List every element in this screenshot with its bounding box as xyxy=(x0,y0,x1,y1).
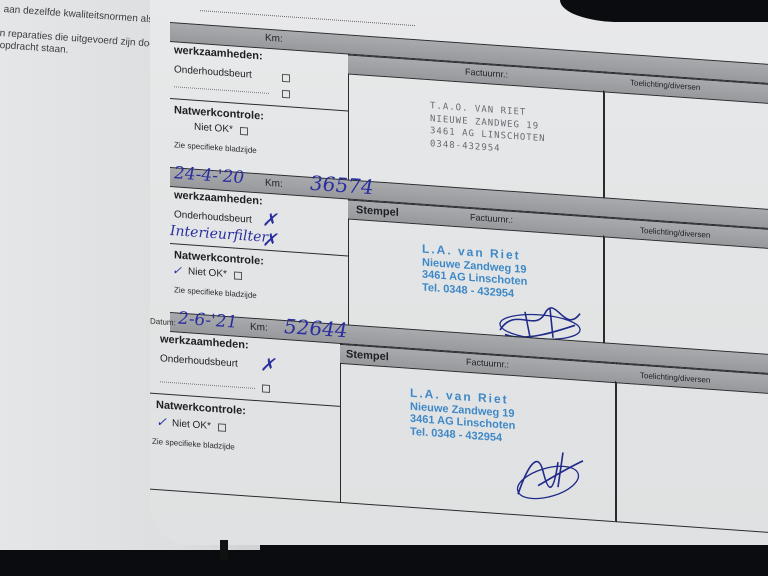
dotted-field xyxy=(174,86,269,94)
maintenance-label: Onderhoudsbeurt xyxy=(174,64,252,80)
not-ok-label: Niet OK* xyxy=(172,418,211,432)
notes-box xyxy=(615,381,768,532)
km-value: 52644 xyxy=(284,314,348,342)
page-marker xyxy=(220,540,228,560)
control-heading: Natwerkcontrole: xyxy=(156,399,246,417)
not-ok-checkbox[interactable] xyxy=(234,271,242,280)
control-heading: Natwerkcontrole: xyxy=(174,249,264,267)
km-value: 36574 xyxy=(310,171,374,199)
date-label: Datum: xyxy=(150,317,176,328)
km-label: Km: xyxy=(265,33,283,45)
extra-work-checkbox[interactable] xyxy=(282,90,290,99)
km-label: Km: xyxy=(250,322,268,334)
maintenance-label: Onderhoudsbeurt xyxy=(160,353,238,369)
not-ok-label: Niet OK* xyxy=(194,122,233,136)
interior-filter-check-mark[interactable]: ✗ xyxy=(262,229,277,251)
entry-date: 2-6-'21 xyxy=(178,309,237,333)
specific-page-note: Zie specifieke bladzijde xyxy=(174,140,257,155)
not-ok-checkbox[interactable] xyxy=(218,423,226,432)
background-shadow xyxy=(560,0,768,22)
maintenance-check-mark[interactable]: ✗ xyxy=(262,209,277,231)
control-heading: Natwerkcontrole: xyxy=(174,104,264,122)
ok-check-mark[interactable]: ✓ xyxy=(172,263,182,278)
km-label: Km: xyxy=(265,178,283,190)
dealer-stamp: L.A. van Riet Nieuwe Zandweg 19 3461 AG … xyxy=(422,243,527,302)
not-ok-label: Niet OK* xyxy=(188,266,227,280)
interior-filter-label: Interieurfilter xyxy=(170,223,268,246)
ok-check-mark[interactable]: ✓ xyxy=(156,415,167,431)
specific-page-note: Zie specifieke bladzijde xyxy=(174,285,257,300)
ghost-imprint: T.A.O. VAN RIET NIEUWE ZANDWEG 19 3461 A… xyxy=(430,100,546,158)
not-ok-checkbox[interactable] xyxy=(240,127,248,136)
maintenance-booklet-page: Km: werkzaamheden: Stempel Onderhoudsbeu… xyxy=(170,20,768,552)
signature xyxy=(508,444,588,510)
maintenance-check-mark[interactable]: ✗ xyxy=(260,354,275,376)
dotted-field xyxy=(160,381,255,389)
extra-work-checkbox[interactable] xyxy=(262,384,270,393)
maintenance-checkbox[interactable] xyxy=(282,74,290,83)
dealer-stamp: L.A. van Riet Nieuwe Zandweg 19 3461 AG … xyxy=(410,387,515,446)
